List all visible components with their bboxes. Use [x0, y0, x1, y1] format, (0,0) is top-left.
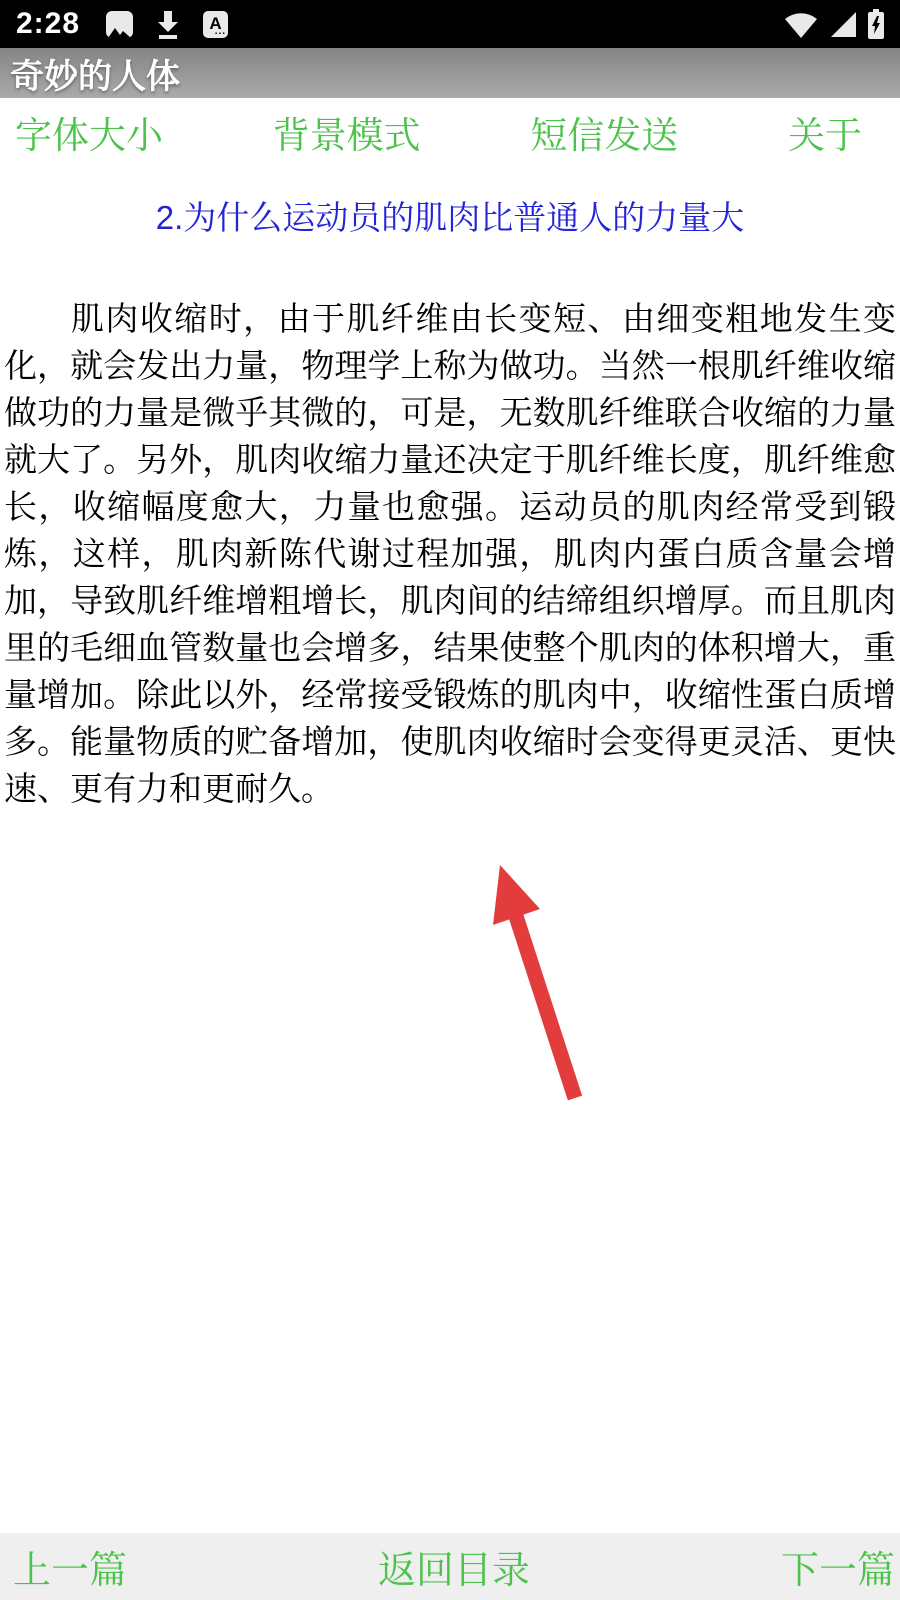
menu-item-send-sms[interactable]: 短信发送	[530, 105, 678, 159]
next-article-button[interactable]: 下一篇	[781, 1539, 895, 1594]
article-body-text: 肌肉收缩时，由于肌纤维由长变短、由细变粗地发生变化，就会发出力量，物理学上称为做…	[0, 295, 900, 812]
app-title-bar: 奇妙的人体	[0, 48, 900, 98]
wifi-icon	[783, 11, 819, 38]
battery-charging-icon	[868, 9, 884, 39]
article-title: 2.为什么运动员的肌肉比普通人的力量大	[0, 198, 900, 238]
app-title: 奇妙的人体	[10, 49, 180, 98]
status-bar: 2:28 A ...	[0, 0, 900, 48]
menu-item-about[interactable]: 关于	[788, 105, 862, 159]
menu-row: 字体大小 背景模式 短信发送 关于	[0, 98, 900, 166]
menu-item-background-mode[interactable]: 背景模式	[273, 105, 421, 159]
photo-notification-icon	[106, 11, 133, 38]
cellular-signal-icon	[831, 12, 856, 37]
footer-bar: 上一篇 返回目录 下一篇	[0, 1533, 900, 1600]
download-notification-icon	[155, 9, 181, 39]
red-arrow-up-icon	[440, 840, 610, 1120]
back-to-contents-button[interactable]: 返回目录	[378, 1539, 530, 1594]
previous-article-button[interactable]: 上一篇	[13, 1539, 127, 1594]
clock: 2:28	[16, 7, 80, 41]
menu-item-font-size[interactable]: 字体大小	[15, 105, 163, 159]
autofill-notification-icon: A ...	[203, 11, 228, 38]
